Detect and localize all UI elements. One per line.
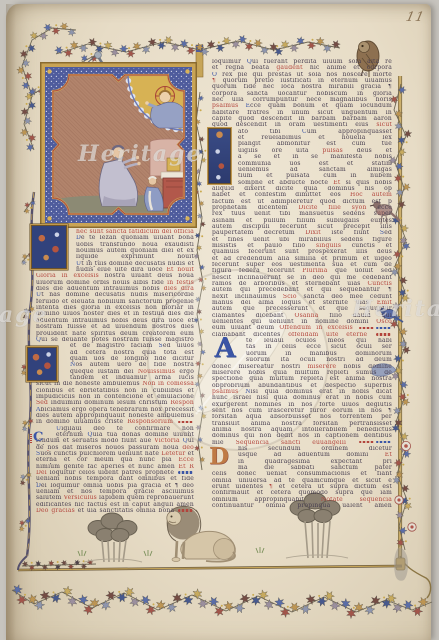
text-line: Deo gracias et uia sanctitatis omnia bon…	[36, 508, 194, 514]
blue-line-filler	[376, 327, 391, 330]
red-line-filler	[359, 441, 374, 444]
decorated-initial-left-medium	[26, 346, 58, 382]
folio-number: 11	[404, 10, 435, 25]
large-initial-d: D	[208, 445, 230, 471]
blue-line-filler	[376, 441, 391, 444]
red-line-filler	[359, 327, 374, 330]
red-line-filler	[178, 421, 193, 424]
right-text-column: loquimur Qui fuerant perdita uiuum sola …	[212, 59, 392, 509]
decorated-initial-right-bar	[207, 127, 232, 185]
text-line: continuantur omnia propinqua ualent amen	[212, 503, 392, 509]
blue-line-filler	[178, 471, 193, 474]
left-text-column: hec sunt sancta fatidicum dei officiaDe …	[36, 229, 194, 514]
large-initial-a: A	[209, 336, 241, 364]
manuscript-photo: 11 hec sunt sancta fatidicum dei officia…	[0, 0, 439, 640]
red-line-filler	[178, 509, 193, 512]
penwork-initial-c: C	[33, 432, 49, 445]
red-line-filler	[376, 333, 391, 336]
decorated-initial-left-large	[30, 224, 68, 270]
